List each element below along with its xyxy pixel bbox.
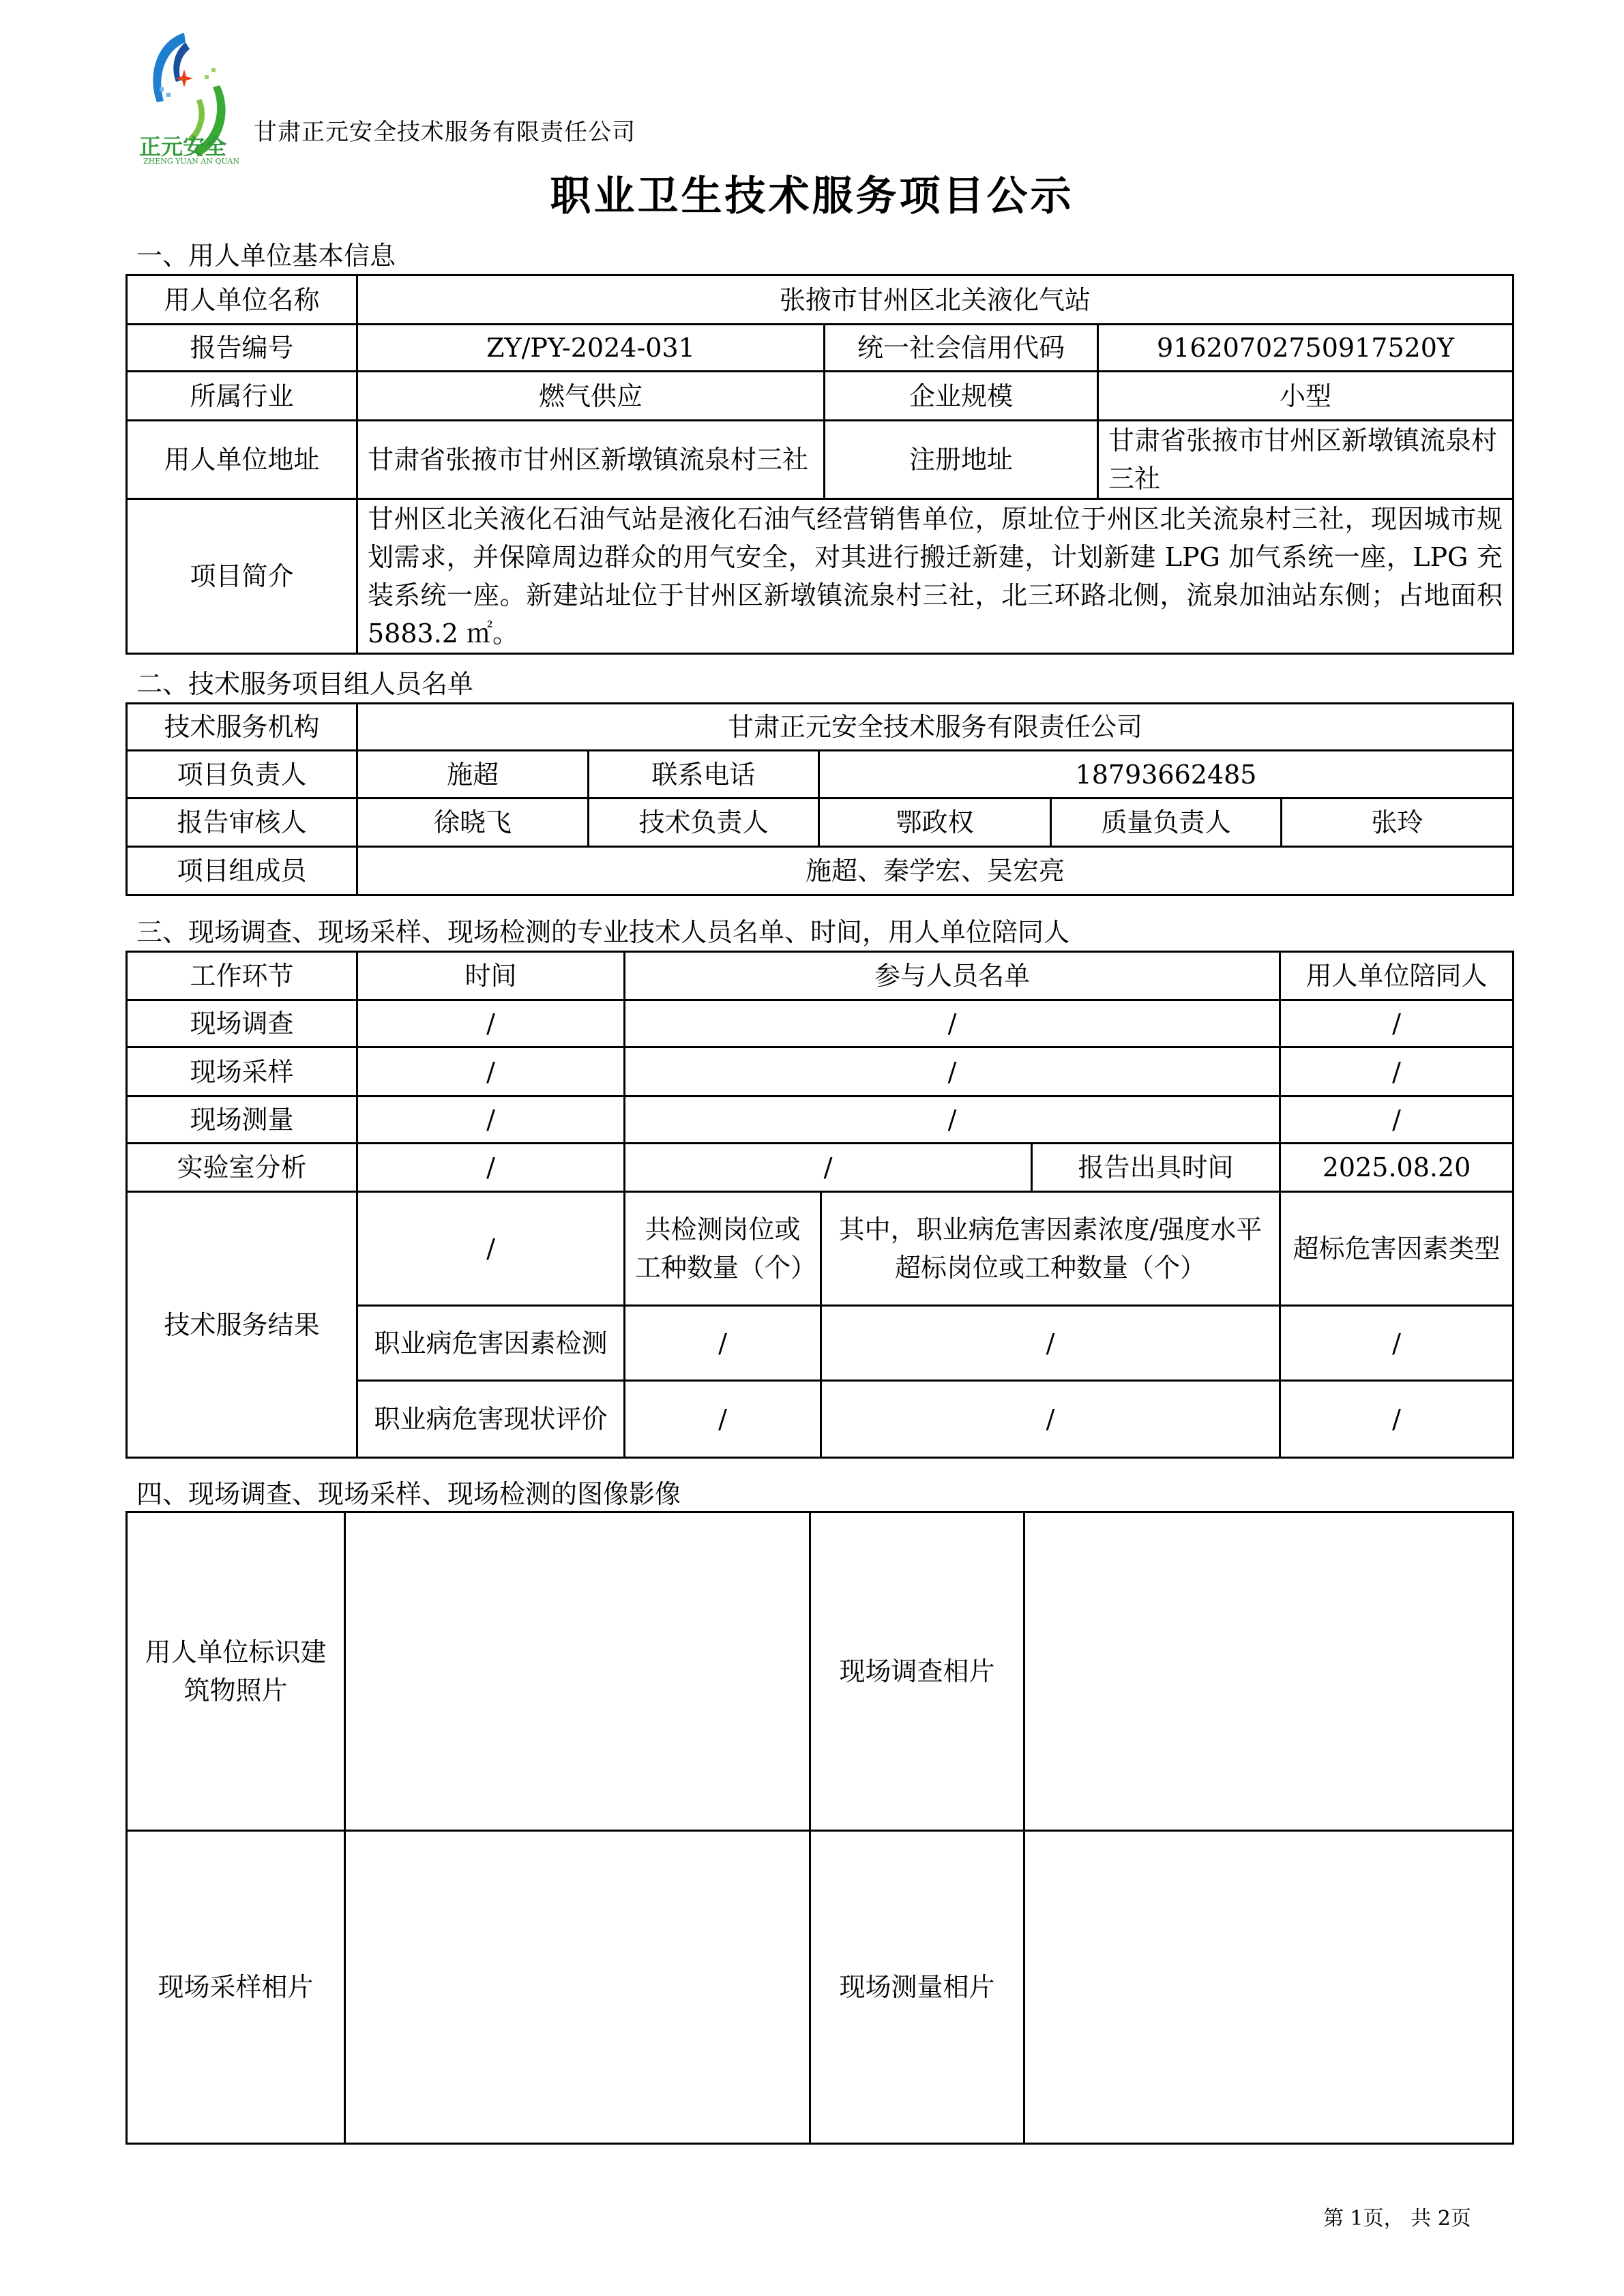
unit-name-label: 用人单位名称	[127, 275, 357, 325]
time-cell: /	[357, 1000, 625, 1047]
survey-photo-label: 现场调查相片	[810, 1512, 1024, 1831]
people-cell: /	[625, 1144, 1032, 1192]
result-type: /	[1280, 1381, 1514, 1458]
result-total: /	[625, 1381, 821, 1458]
address-label: 用人单位地址	[127, 421, 357, 499]
report-no-label: 报告编号	[127, 325, 357, 372]
quality-lead-label: 质量负责人	[1051, 799, 1282, 847]
result-total: /	[625, 1306, 821, 1381]
people-cell: /	[625, 1097, 1280, 1144]
escort-cell: /	[1280, 1000, 1514, 1047]
company-name-header: 甘肃正元安全技术服务有限责任公司	[254, 113, 636, 147]
org-value: 甘肃正元安全技术服务有限责任公司	[357, 704, 1514, 751]
page-title: 职业卫生技术服务项目公示	[0, 164, 1624, 222]
measurement-photo-slot	[1024, 1831, 1514, 2144]
result-name: 职业病危害因素检测	[357, 1306, 625, 1381]
stage-cell: 实验室分析	[127, 1144, 357, 1192]
people-cell: /	[625, 1000, 1280, 1047]
col-people: 参与人员名单	[625, 952, 1280, 1000]
result-exceed: /	[821, 1306, 1280, 1381]
team-table: 技术服务机构 甘肃正元安全技术服务有限责任公司 项目负责人 施超 联系电话 18…	[126, 702, 1514, 896]
results-header-blank: /	[357, 1192, 625, 1306]
basic-info-table: 用人单位名称 张掖市甘州区北关液化气站 报告编号 ZY/PY-2024-031 …	[126, 274, 1514, 655]
report-no-value: ZY/PY-2024-031	[357, 325, 825, 372]
pm-label: 项目负责人	[127, 751, 357, 799]
industry-value: 燃气供应	[357, 372, 825, 421]
intro-label: 项目简介	[127, 499, 357, 654]
section4-heading: 四、现场调查、现场采样、现场检测的图像影像	[136, 1473, 681, 1510]
result-exceed: /	[821, 1381, 1280, 1458]
col-escort: 用人单位陪同人	[1280, 952, 1514, 1000]
section1-heading: 一、用人单位基本信息	[136, 235, 396, 272]
escort-cell: /	[1280, 1097, 1514, 1144]
unit-name-value: 张掖市甘州区北关液化气站	[357, 275, 1514, 325]
scale-label: 企业规模	[825, 372, 1098, 421]
members-label: 项目组成员	[127, 847, 357, 895]
reviewer-label: 报告审核人	[127, 799, 357, 847]
stage-cell: 现场测量	[127, 1097, 357, 1144]
section3-heading: 三、现场调查、现场采样、现场检测的专业技术人员名单、时间，用人单位陪同人	[136, 911, 1069, 949]
time-cell: /	[357, 1047, 625, 1097]
credit-code-value: 91620702750917520Y	[1098, 325, 1514, 372]
reviewer-value: 徐晓飞	[357, 799, 589, 847]
sampling-photo-slot	[345, 1831, 810, 2144]
escort-cell: /	[1280, 1047, 1514, 1097]
stage-cell: 现场采样	[127, 1047, 357, 1097]
table-row: 现场采样 / / /	[127, 1047, 1514, 1097]
intro-value: 甘州区北关液化石油气站是液化石油气经营销售单位，原址位于州区北关流泉村三社，现因…	[357, 499, 1514, 654]
tech-lead-label: 技术负责人	[589, 799, 819, 847]
reg-address-label: 注册地址	[825, 421, 1098, 499]
results-label: 技术服务结果	[127, 1192, 357, 1458]
report-time-value: 2025.08.20	[1280, 1144, 1514, 1192]
result-name: 职业病危害现状评价	[357, 1381, 625, 1458]
pm-value: 施超	[357, 751, 589, 799]
survey-photo-slot	[1024, 1512, 1514, 1831]
phone-value: 18793662485	[819, 751, 1514, 799]
scale-value: 小型	[1098, 372, 1514, 421]
members-value: 施超、秦学宏、吴宏亮	[357, 847, 1514, 895]
quality-lead-value: 张玲	[1282, 799, 1514, 847]
report-time-label: 报告出具时间	[1032, 1144, 1280, 1192]
org-label: 技术服务机构	[127, 704, 357, 751]
people-cell: /	[625, 1047, 1280, 1097]
col-time: 时间	[357, 952, 625, 1000]
photo-table: 用人单位标识建筑物照片 现场调查相片 现场采样相片 现场测量相片	[126, 1511, 1514, 2145]
page-number: 第 1页， 共 2页	[1323, 2201, 1471, 2231]
sampling-photo-label: 现场采样相片	[127, 1831, 345, 2144]
table-row: 现场测量 / / /	[127, 1097, 1514, 1144]
time-cell: /	[357, 1144, 625, 1192]
table-row: 实验室分析 / / 报告出具时间 2025.08.20	[127, 1144, 1514, 1192]
measurement-photo-label: 现场测量相片	[810, 1831, 1024, 2144]
address-value: 甘肃省张掖市甘州区新墩镇流泉村三社	[357, 421, 825, 499]
building-photo-slot	[345, 1512, 810, 1831]
reg-address-value: 甘肃省张掖市甘州区新墩镇流泉村三社	[1098, 421, 1514, 499]
fieldwork-table: 工作环节 时间 参与人员名单 用人单位陪同人 现场调查 / / / 现场采样 /…	[126, 951, 1514, 1459]
time-cell: /	[357, 1097, 625, 1144]
building-photo-label: 用人单位标识建筑物照片	[127, 1512, 345, 1831]
company-logo: 正元安全 ZHENG YUAN AN QUAN	[143, 27, 235, 164]
stage-cell: 现场调查	[127, 1000, 357, 1047]
section2-heading: 二、技术服务项目组人员名单	[136, 663, 473, 700]
table-row: 现场调查 / / /	[127, 1000, 1514, 1047]
col-stage: 工作环节	[127, 952, 357, 1000]
col-exceed-type: 超标危害因素类型	[1280, 1192, 1514, 1306]
tech-lead-value: 鄂政权	[819, 799, 1051, 847]
credit-code-label: 统一社会信用代码	[825, 325, 1098, 372]
industry-label: 所属行业	[127, 372, 357, 421]
phone-label: 联系电话	[589, 751, 819, 799]
result-type: /	[1280, 1306, 1514, 1381]
col-total-count: 共检测岗位或工种数量（个）	[625, 1192, 821, 1306]
col-exceed-count: 其中，职业病危害因素浓度/强度水平超标岗位或工种数量（个）	[821, 1192, 1280, 1306]
